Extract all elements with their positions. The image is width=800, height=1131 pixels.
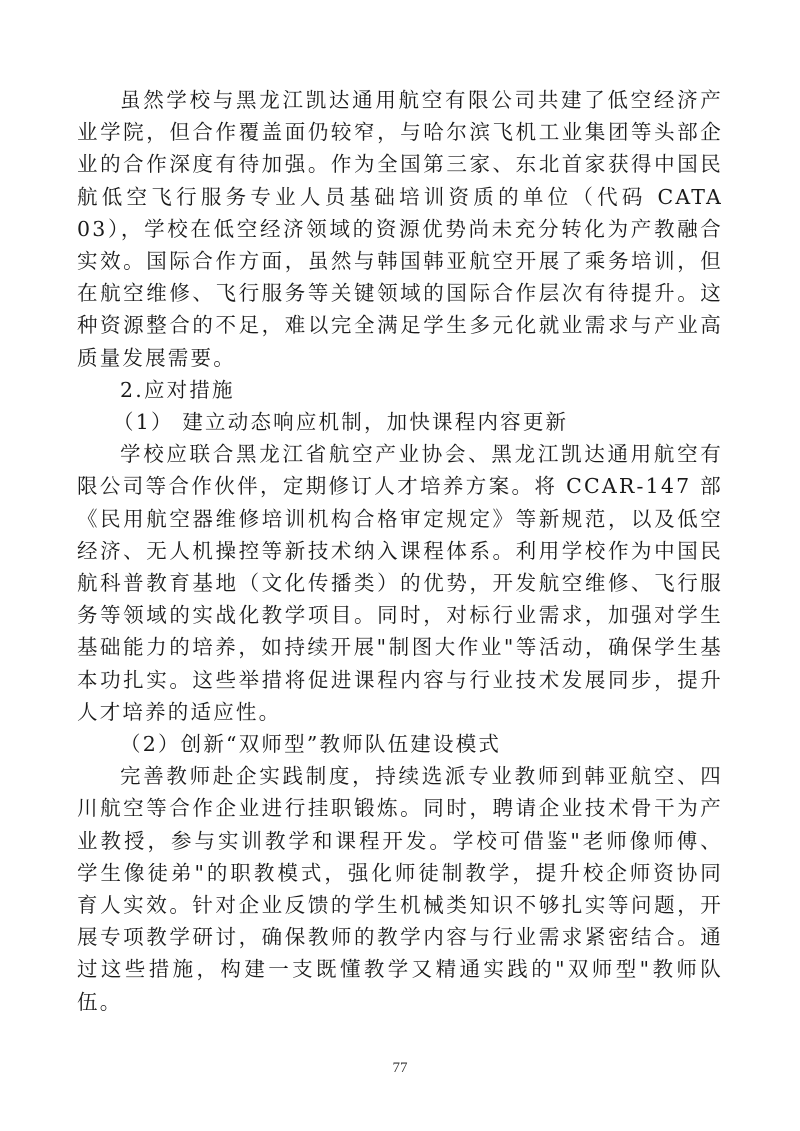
subheading-dynamic-response: （1） 建立动态响应机制，加快课程内容更新	[77, 406, 723, 438]
paragraph-dual-teacher-team: 完善教师赴企实践制度，持续选派专业教师到韩亚航空、四川航空等合作企业进行挂职锻炼…	[77, 760, 723, 1018]
paragraph-curriculum-update: 学校应联合黑龙江省航空产业协会、黑龙江凯达通用航空有限公司等合作伙伴，定期修订人…	[77, 438, 723, 728]
section-heading-countermeasures: 2.应对措施	[77, 374, 723, 406]
document-page: 虽然学校与黑龙江凯达通用航空有限公司共建了低空经济产业学院，但合作覆盖面仍较窄，…	[77, 84, 723, 1018]
page-number: 77	[0, 1060, 800, 1077]
paragraph-resource-integration: 虽然学校与黑龙江凯达通用航空有限公司共建了低空经济产业学院，但合作覆盖面仍较窄，…	[77, 84, 723, 374]
subheading-dual-teacher: （2）创新“双师型”教师队伍建设模式	[77, 728, 723, 760]
